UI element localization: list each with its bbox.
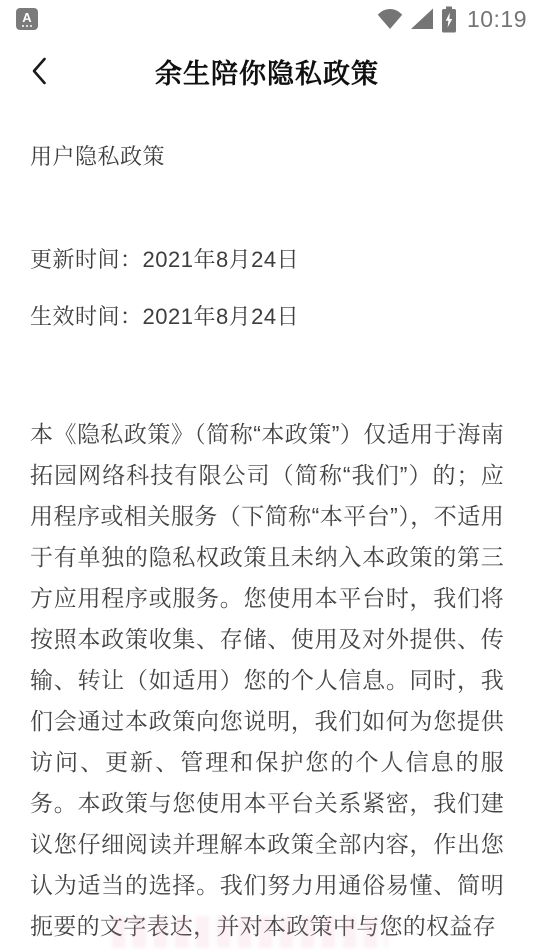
battery-charging-icon (441, 6, 457, 33)
status-bar-left: A (16, 8, 38, 30)
effective-date-line: 生效时间：2021年8月24日 (30, 304, 504, 330)
status-bar: A 10:19 (0, 0, 534, 36)
document-title: 用户隐私政策 (30, 144, 504, 170)
notification-dots (26, 25, 28, 27)
update-date-line: 更新时间：2021年8月24日 (30, 247, 504, 273)
policy-paragraph: 本《隐私政策》（简称“本政策”）仅适用于海南拓园网络科技有限公司（简称“我们”）… (30, 414, 504, 947)
back-chevron-icon (29, 56, 49, 86)
wifi-icon (377, 7, 403, 31)
policy-scroll-area[interactable]: 用户隐私政策 更新时间：2021年8月24日 生效时间：2021年8月24日 本… (0, 144, 534, 947)
page-title: 余生陪你隐私政策 (0, 52, 534, 91)
header: 余生陪你隐私政策 (0, 36, 534, 106)
back-button[interactable] (20, 52, 58, 90)
status-bar-right: 10:19 (377, 6, 527, 33)
app-screen: A 10:19 余生陪你隐私政策 (0, 0, 534, 950)
clock: 10:19 (467, 6, 527, 33)
notification-letter: A (22, 11, 31, 24)
cellular-signal-icon (409, 7, 435, 31)
autofill-notification-icon: A (16, 8, 38, 30)
